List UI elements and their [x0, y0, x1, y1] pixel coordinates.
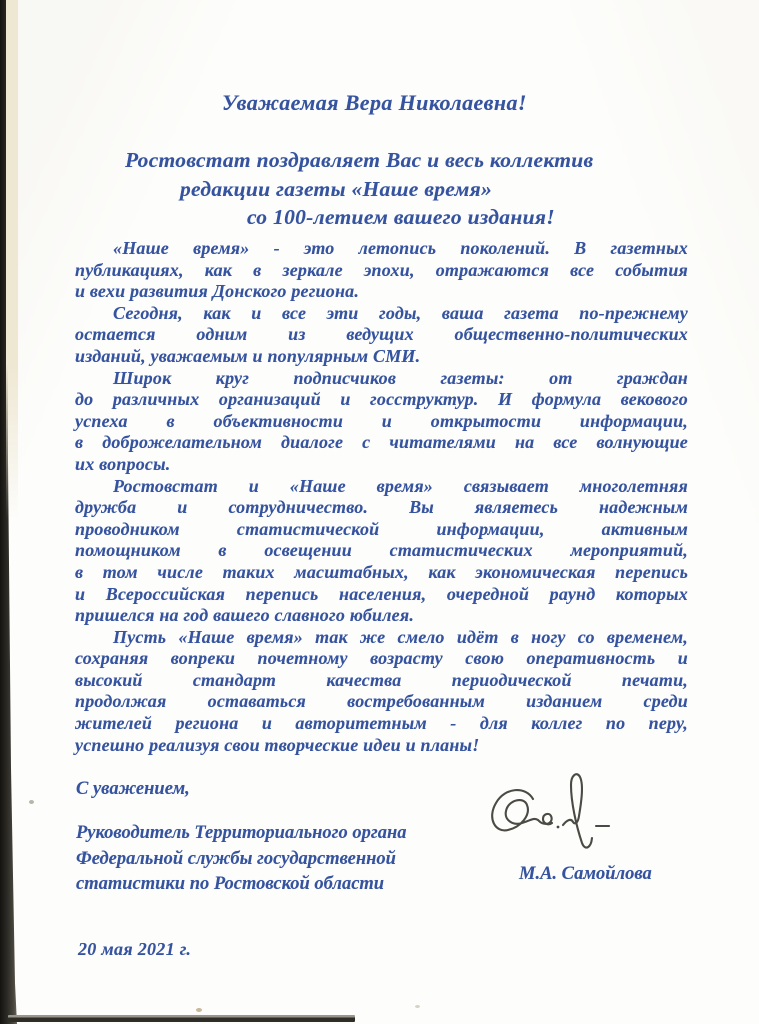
body-line: дружба и сотрудничество. Вы являетесь на…: [75, 497, 688, 519]
body-line: проводником статистической информации, а…: [75, 519, 688, 541]
body-line: Пусть «Наше время» так же смело идёт в н…: [75, 627, 688, 649]
body-line: успеха в объективности и открытости инфо…: [75, 411, 688, 433]
body-line: успешно реализуя свои творческие идеи и …: [75, 735, 688, 757]
body-line: сохраняя вопреки почетному возрасту свою…: [75, 648, 688, 670]
signer-name: М.А. Самойлова: [519, 864, 652, 885]
paragraph-1: «Наше время» - это летопись поколений. В…: [75, 238, 688, 303]
handwritten-signature: [478, 772, 610, 864]
letter-date: 20 мая 2021 г.: [78, 939, 191, 960]
body-line: в доброжелательном диалоге с читателями …: [75, 432, 688, 454]
body-line: и Всероссийская перепись населения, очер…: [75, 584, 688, 606]
body-line: Широк круг подписчиков газеты: от гражда…: [75, 368, 688, 390]
scan-edge-bottom: [8, 1015, 355, 1022]
signer-title: Руководитель Территориального органа Фед…: [76, 821, 407, 898]
headline-line-3: со 100-летием вашего издания!: [247, 203, 695, 232]
scan-speck: [415, 1005, 420, 1008]
body-line: до различных организаций и госструктур. …: [75, 389, 688, 411]
body-line: продолжая оставаться востребованным изда…: [75, 691, 688, 713]
body-line: Ростовстат и «Наше время» связывает мног…: [75, 476, 688, 498]
body-line: и вехи развития Донского региона.: [75, 281, 688, 303]
letter-body: «Наше время» - это летопись поколений. В…: [75, 238, 688, 756]
signer-title-line-2: Федеральной службы государственной: [76, 847, 407, 873]
body-line: пришелся на год вашего славного юбилея.: [75, 605, 688, 627]
salutation: Уважаемая Вера Николаевна!: [222, 90, 527, 116]
body-line: остается одним из ведущих общественно-по…: [75, 324, 688, 346]
paragraph-3: Широк круг подписчиков газеты: от гражда…: [75, 368, 688, 476]
scan-speck: [29, 800, 34, 804]
body-line: изданий, уважаемым и популярным СМИ.: [75, 346, 688, 368]
body-line: Сегодня, как и все эти годы, ваша газета…: [75, 303, 688, 325]
body-line: их вопросы.: [75, 454, 688, 476]
closing-phrase: С уважением,: [76, 779, 190, 800]
signer-title-line-3: статистики по Ростовской области: [76, 872, 407, 898]
headline-line-2: редакции газеты «Наше время»: [180, 175, 695, 204]
body-line: публикациях, как в зеркале эпохи, отража…: [75, 260, 688, 282]
body-line: высокий стандарт качества периодической …: [75, 670, 688, 692]
body-line: в том числе таких масштабных, как эконом…: [75, 562, 688, 584]
body-line: помощником в освещении статистических ме…: [75, 540, 688, 562]
scan-edge-cream: [6, 0, 18, 520]
signer-title-line-1: Руководитель Территориального органа: [76, 821, 407, 847]
scanned-letter-page: Уважаемая Вера Николаевна! Ростовстат по…: [0, 0, 759, 1024]
body-line: жителей региона и авторитетным - для кол…: [75, 713, 688, 735]
paragraph-5: Пусть «Наше время» так же смело идёт в н…: [75, 627, 688, 757]
scan-speck: [196, 1008, 202, 1012]
paragraph-4: Ростовстат и «Наше время» связывает мног…: [75, 476, 688, 627]
paragraph-2: Сегодня, как и все эти годы, ваша газета…: [75, 303, 688, 368]
body-line: «Наше время» - это летопись поколений. В…: [75, 238, 688, 260]
headline: Ростовстат поздравляет Вас и весь коллек…: [75, 146, 695, 232]
headline-line-1: Ростовстат поздравляет Вас и весь коллек…: [125, 146, 695, 175]
